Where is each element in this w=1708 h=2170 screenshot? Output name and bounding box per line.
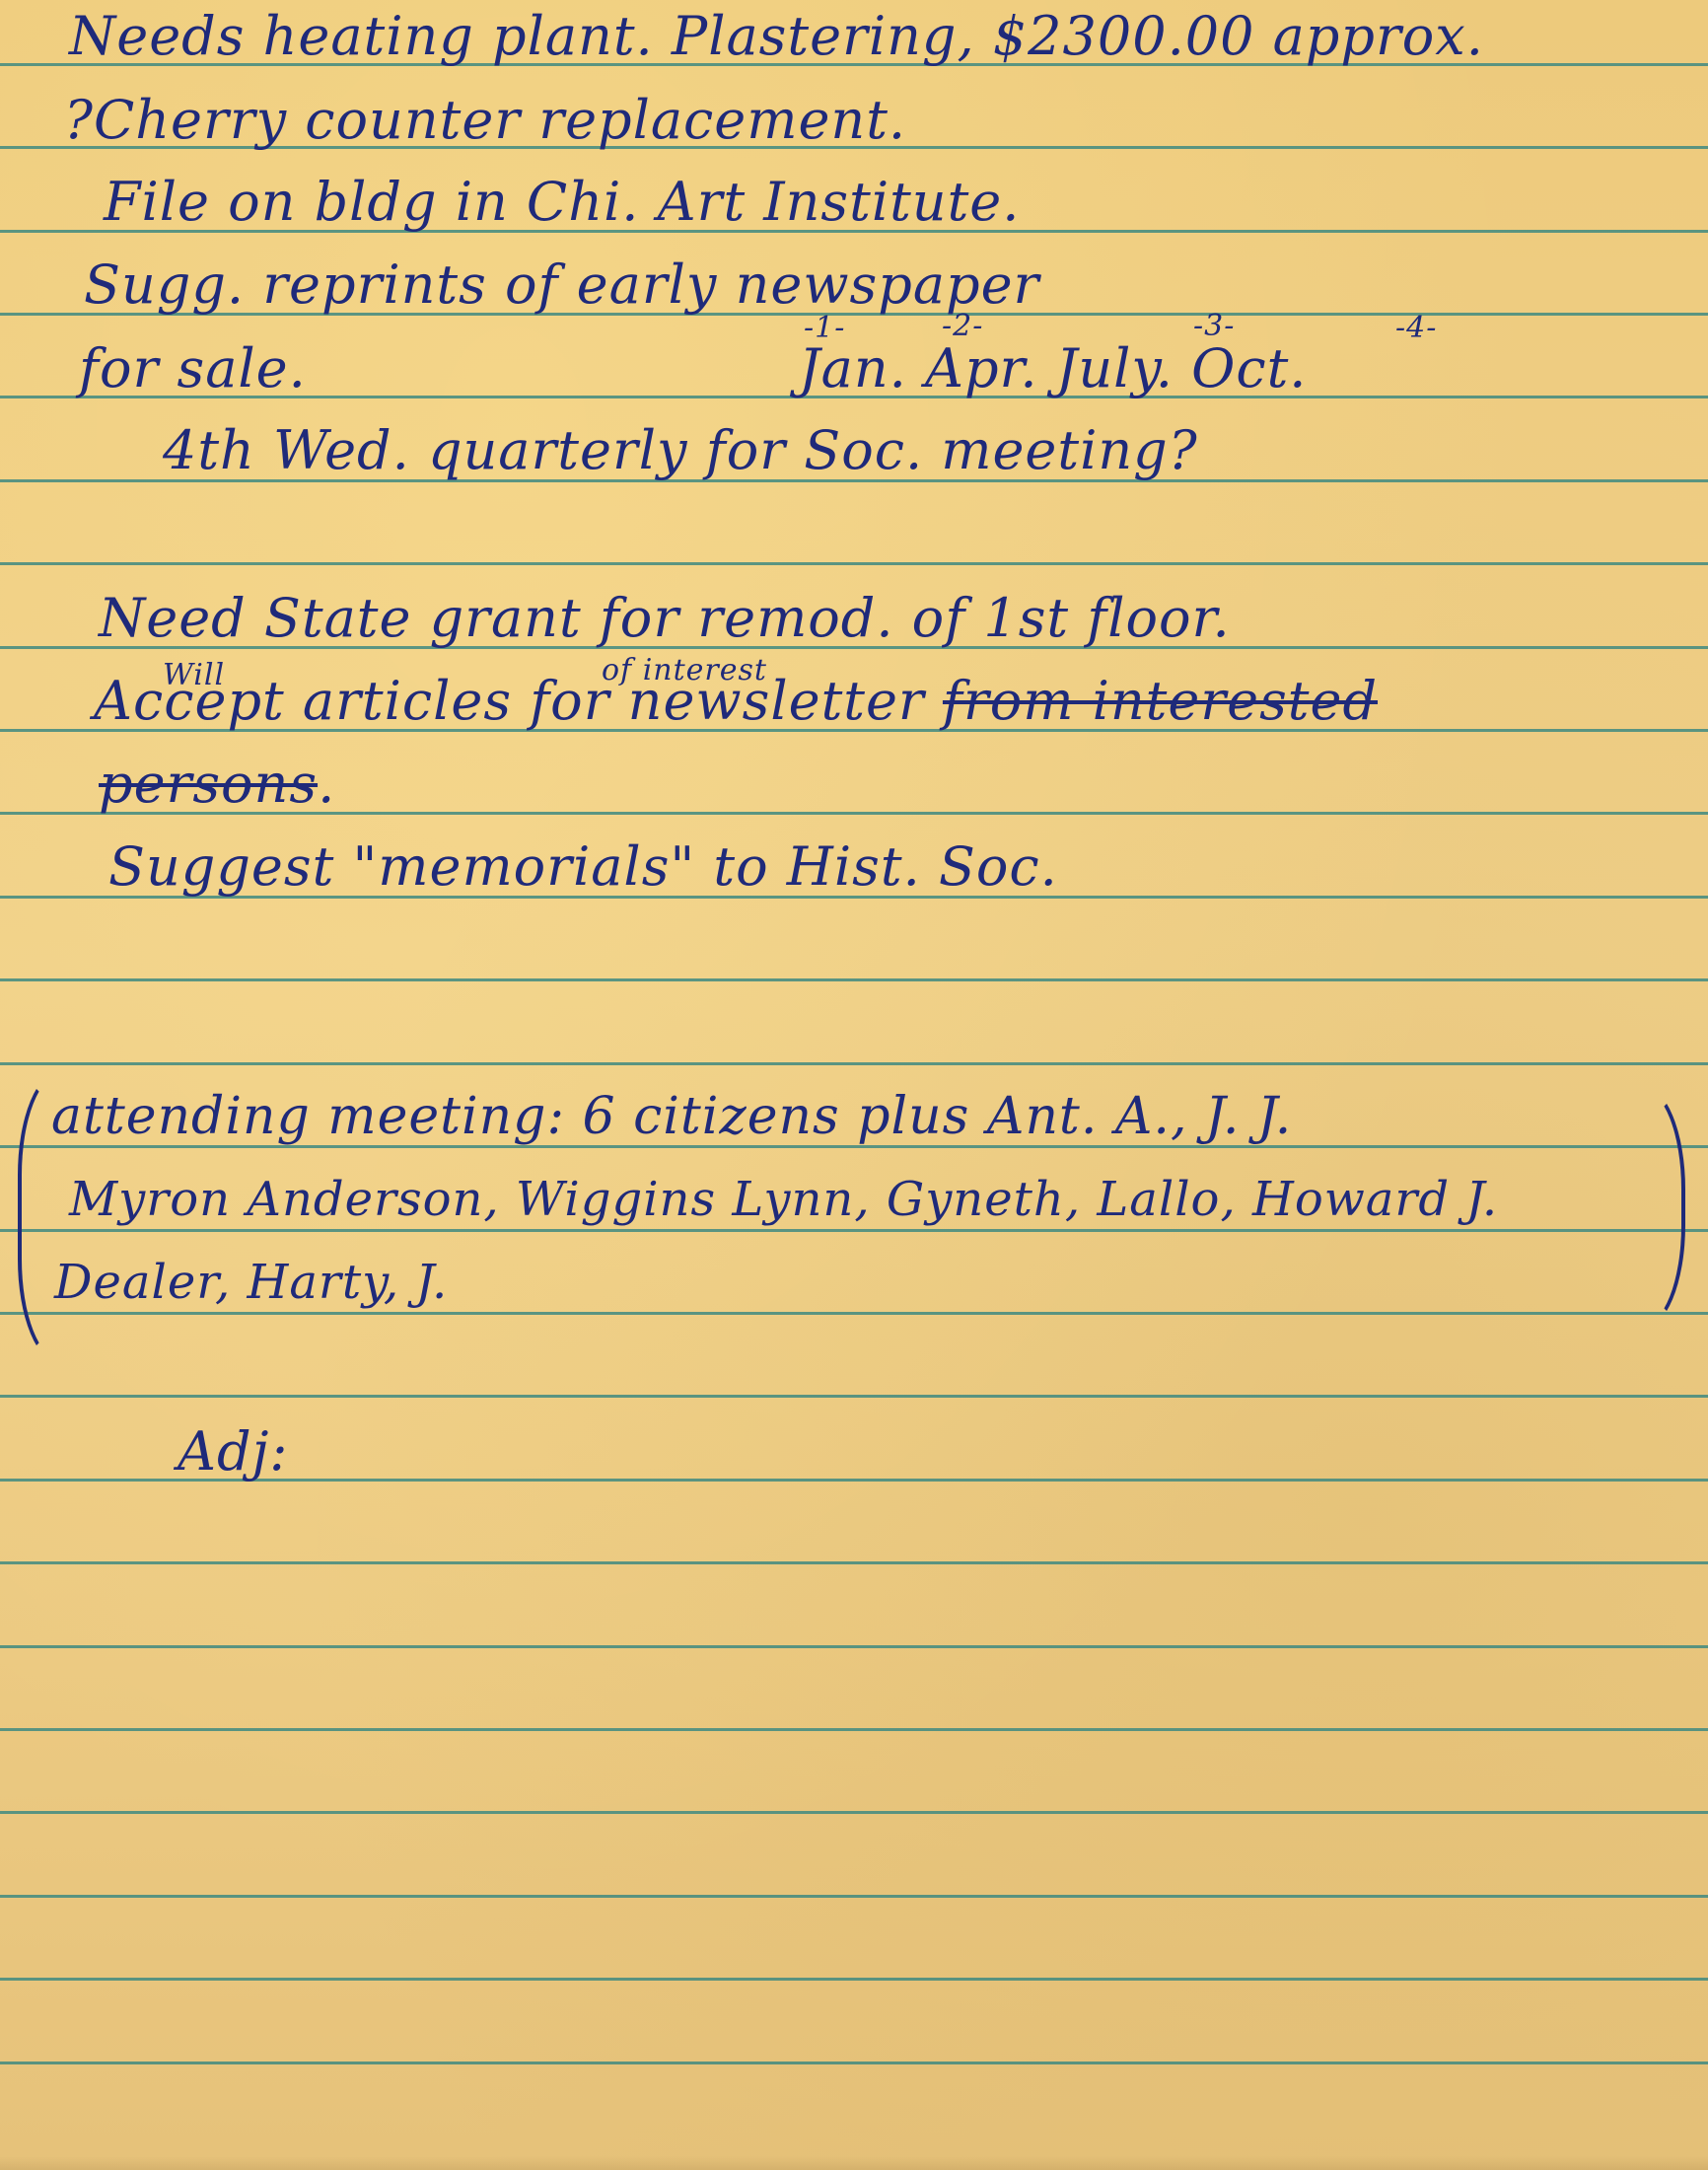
- rule-line: [0, 1728, 1708, 1731]
- note-line-attendee-names: Myron Anderson, Wiggins Lynn, Gyneth, La…: [69, 1176, 1498, 1223]
- struck-text-from-interested: from interested: [943, 670, 1378, 732]
- note-line-memorials: Suggest "memorials" to Hist. Soc.: [108, 840, 1058, 894]
- quarter-number-4: -4-: [1395, 314, 1437, 343]
- rule-line: [0, 1229, 1708, 1232]
- struck-text-persons: persons: [99, 753, 318, 815]
- note-line-file-art-institute: File on bldg in Chi. Art Institute.: [104, 176, 1020, 229]
- note-line-reprints-newspaper: Sugg. reprints of early newspaper: [84, 258, 1039, 312]
- accept-articles-text: Accept articles for newsletter: [94, 670, 925, 732]
- rule-line: [0, 1978, 1708, 1981]
- note-line-persons: persons.: [99, 758, 335, 811]
- persons-period: .: [318, 753, 335, 815]
- note-line-fourth-wednesday: 4th Wed. quarterly for Soc. meeting?: [163, 424, 1198, 477]
- note-line-heating-plant: Needs heating plant. Plastering, $2300.0…: [69, 10, 1484, 63]
- note-line-accept-articles: Accept articles for newsletter from inte…: [94, 675, 1378, 728]
- note-line-attendee-names-cont: Dealer, Harty, J.: [54, 1259, 448, 1306]
- right-bracket-mark: [1642, 1085, 1685, 1330]
- rule-line: [0, 1312, 1708, 1315]
- note-line-for-sale: for sale.: [79, 342, 307, 396]
- ruled-paper-page: Needs heating plant. Plastering, $2300.0…: [0, 0, 1708, 2170]
- rule-line: [0, 1062, 1708, 1065]
- note-line-state-grant: Need State grant for remod. of 1st floor…: [99, 592, 1231, 645]
- note-line-adjourned: Adj:: [178, 1425, 289, 1479]
- paper-bottom-edge: [0, 2156, 1708, 2170]
- rule-line: [0, 1395, 1708, 1398]
- rule-line: [0, 1811, 1708, 1814]
- rule-line: [0, 978, 1708, 981]
- note-line-quarter-months: Jan. Apr. July. Oct.: [799, 342, 1307, 396]
- note-line-cherry-counter: ?Cherry counter replacement.: [64, 94, 906, 147]
- rule-line: [0, 1895, 1708, 1898]
- rule-line: [0, 562, 1708, 565]
- note-line-attending-meeting: attending meeting: 6 citizens plus Ant. …: [51, 1091, 1292, 1142]
- rule-line: [0, 1645, 1708, 1648]
- rule-line: [0, 1561, 1708, 1564]
- rule-line: [0, 2061, 1708, 2064]
